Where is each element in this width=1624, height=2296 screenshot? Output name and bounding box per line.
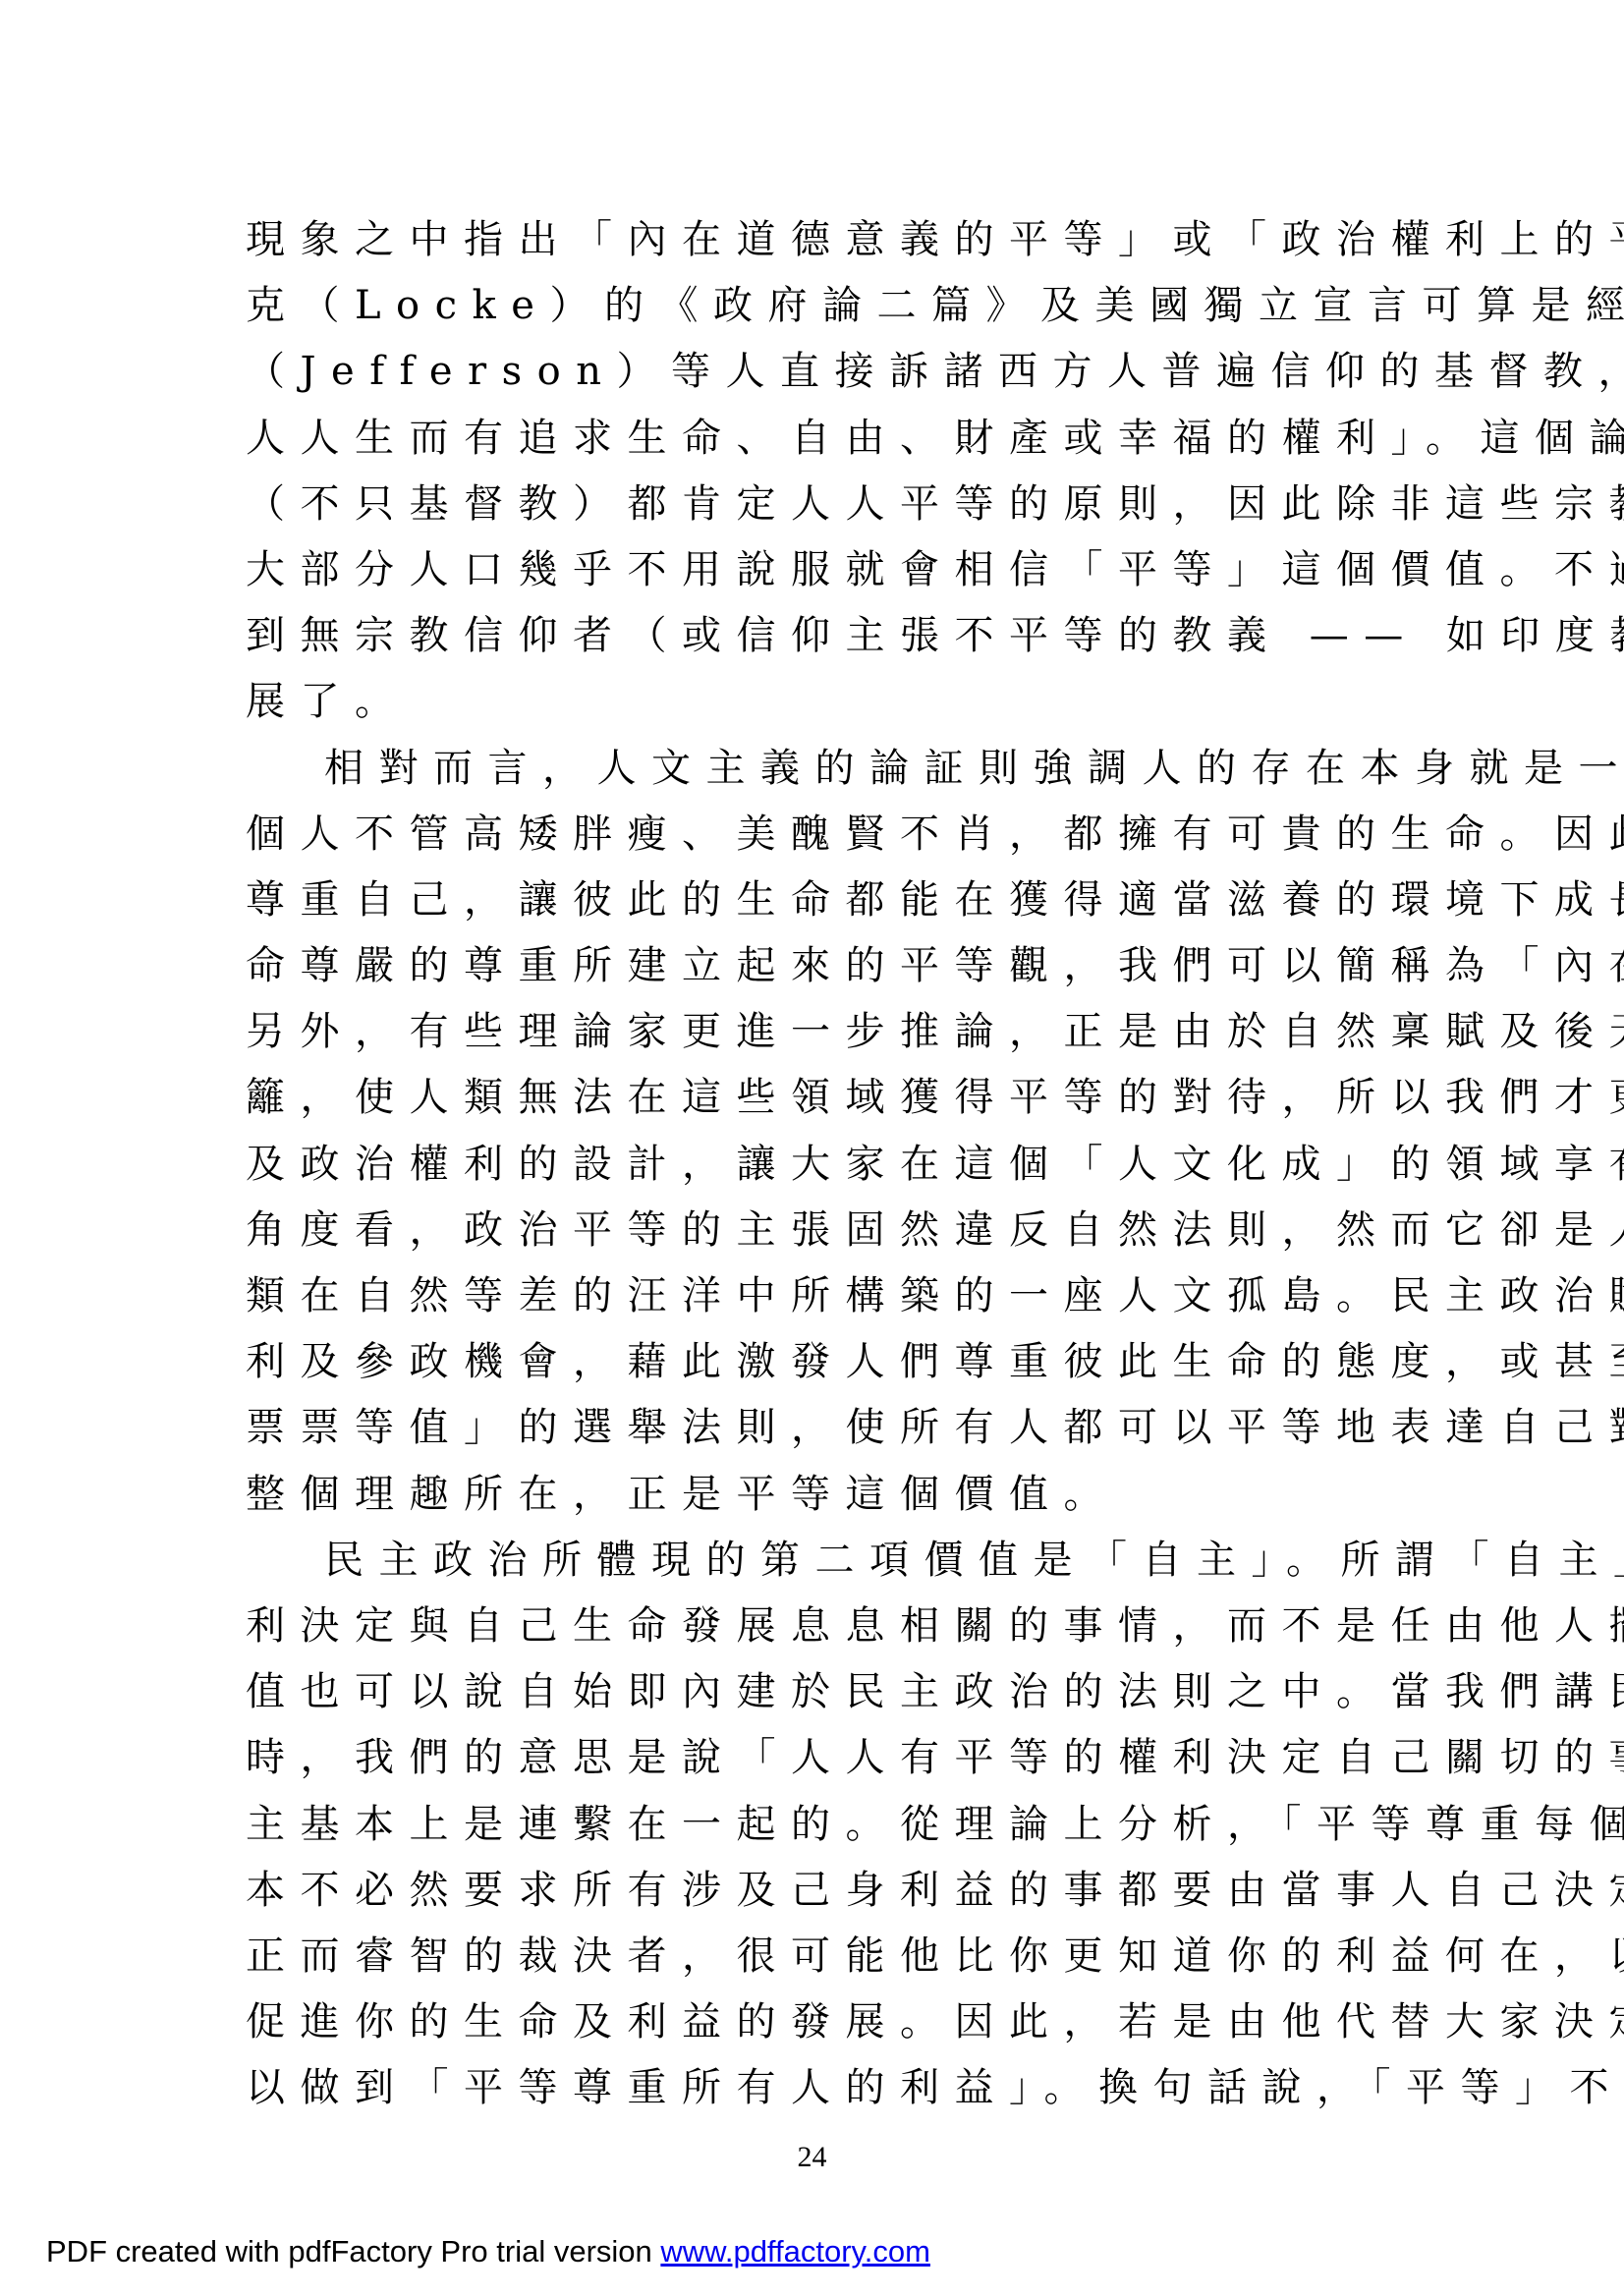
text-line: （Jefferson）等人直接訴諸西方人普遍信仰的基督教，再三強調「人人生而平等… [246, 339, 1385, 405]
text-line: 值也可以說自始即內建於民主政治的法則之中。當我們講民主政治預設人人平等 [246, 1659, 1385, 1725]
text-line: 到無宗教信仰者（或信仰主張不平等的教義 —— 如印度教）時，恐怕就一籌莫 [246, 603, 1385, 669]
pdffactory-link[interactable]: www.pdffactory.com [660, 2234, 930, 2268]
text-line: 尊重自己，讓彼此的生命都能在獲得適當滋養的環境下成長。這種基於對人類生 [246, 868, 1385, 933]
text-line: 角度看，政治平等的主張固然違反自然法則，然而它卻是人類偉大的發明。是人 [246, 1198, 1385, 1263]
text-line: 正而睿智的裁決者，很可能他比你更知道你的利益何在，以及用什麼方法可以 [246, 1924, 1385, 1989]
document-page: 現象之中指出「內在道德意義的平等」或「政治權利上的平等」。就前者言，洛 克（Lo… [0, 0, 1624, 2296]
text-line-indented: 相對而言，人文主義的論証則強調人的存在本身就是一種價值。由於我們每 [246, 736, 1385, 802]
text-line: 另外，有些理論家更進一步推論，正是由於自然稟賦及後天社經條件設下種種藩 [246, 999, 1385, 1065]
footer-text: PDF created with pdfFactory Pro trial ve… [46, 2234, 660, 2268]
paragraph-1: 現象之中指出「內在道德意義的平等」或「政治權利上的平等」。就前者言，洛 克（Lo… [246, 207, 1385, 736]
text-line: 命尊嚴的尊重所建立起來的平等觀，我們可以簡稱為「內在道德意義的平等」。 [246, 933, 1385, 999]
text-line: 個人不管高矮胖瘦、美醜賢不肖，都擁有可貴的生命。因此人人有權利要求別人 [246, 802, 1385, 868]
text-line: 以做到「平等尊重所有人的利益」。換句話說，「平等」不必要求「自主」。 [246, 2055, 1385, 2121]
paragraph-2: 相對而言，人文主義的論証則強調人的存在本身就是一種價值。由於我們每 個人不管高矮… [246, 736, 1385, 1528]
page-number: 24 [0, 2138, 1624, 2177]
text-line: 整個理趣所在，正是平等這個價值。 [246, 1462, 1385, 1528]
text-line: 促進你的生命及利益的發展。因此，若是由他代替大家決定相關事務，他一樣可 [246, 1989, 1385, 2055]
text-line: 類在自然等差的汪洋中所構築的一座人文孤島。民主政治賦予人人平等的政治權 [246, 1263, 1385, 1329]
text-line: 大部分人口幾乎不用說服就會相信「平等」這個價值。不過宗教論証的缺點是碰 [246, 537, 1385, 603]
text-line: 籬，使人類無法在這些領域獲得平等的對待，所以我們才更有必要透過法律制度 [246, 1065, 1385, 1131]
text-line: 人人生而有追求生命、自由、財產或幸福的權利」。這個論証的好處是許多宗教 [246, 406, 1385, 472]
text-line: 本不必然要求所有涉及己身利益的事都要由當事人自己決定，因為只要有一個公 [246, 1858, 1385, 1924]
text-line: 時，我們的意思是說「人人有平等的權利決定自己關切的事務」，因此平等與自 [246, 1725, 1385, 1791]
text-line: 利決定與自己生命發展息息相關的事情，而不是任由他人擺佈。同樣地，這種價 [246, 1594, 1385, 1659]
body-text: 現象之中指出「內在道德意義的平等」或「政治權利上的平等」。就前者言，洛 克（Lo… [246, 207, 1385, 2121]
pdf-footer: PDF created with pdfFactory Pro trial ve… [46, 2232, 930, 2271]
text-line: 利及參政機會，藉此激發人們尊重彼此生命的態度，或甚至發展出「一人一票、 [246, 1329, 1385, 1395]
text-line: 現象之中指出「內在道德意義的平等」或「政治權利上的平等」。就前者言，洛 [246, 207, 1385, 273]
text-line: 展了。 [246, 669, 1385, 735]
text-line: 克（Locke）的《政府論二篇》及美國獨立宣言可算是經典之作。洛克及傑弗遜 [246, 273, 1385, 339]
text-line: 主基本上是連繫在一起的。從理論上分析，「平等尊重每個人的生命及利益」原 [246, 1792, 1385, 1858]
text-line: 及政治權利的設計，讓大家在這個「人文化成」的領域享有難得的平等。從這個 [246, 1132, 1385, 1198]
text-line: （不只基督教）都肯定人人平等的原則，因此除非這些宗教被推翻，否則全世界 [246, 472, 1385, 537]
paragraph-3: 民主政治所體現的第二項價值是「自主」。所謂「自主」，是指每個人都有權 利決定與自… [246, 1528, 1385, 2122]
text-line-indented: 民主政治所體現的第二項價值是「自主」。所謂「自主」，是指每個人都有權 [246, 1528, 1385, 1594]
text-line: 票票等值」的選舉法則，使所有人都可以平等地表達自己對公共事務的意見，其 [246, 1395, 1385, 1461]
